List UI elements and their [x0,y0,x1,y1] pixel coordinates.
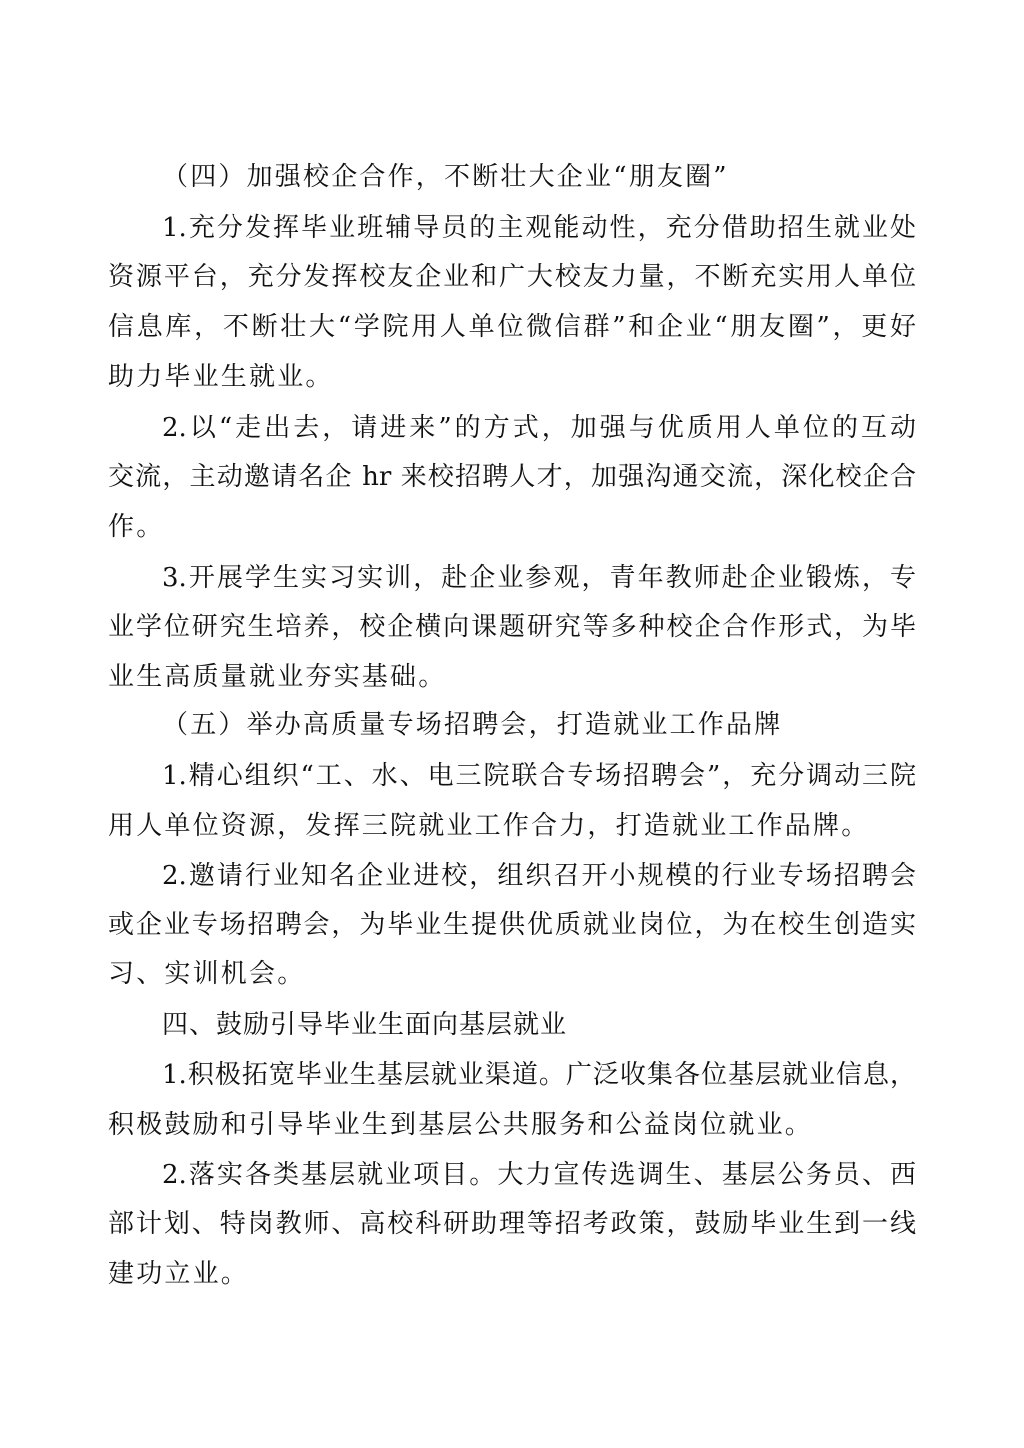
paragraph-line: 交流，主动邀请名企 hr 来校招聘人才，加强沟通交流，深化校企合 [108,461,916,493]
paragraph-line: 1.充分发挥毕业班辅导员的主观能动性，充分借助招生就业处 [162,212,916,244]
paragraph-line: 用人单位资源，发挥三院就业工作合力，打造就业工作品牌。 [108,810,916,842]
paragraph-line: 积极鼓励和引导毕业生到基层公共服务和公益岗位就业。 [108,1109,916,1141]
paragraph-line: 建功立业。 [108,1258,916,1290]
subheading-school-enterprise-cooperation: （四）加强校企合作，不断壮大企业“朋友圈” [162,161,916,193]
paragraph-line: 习、实训机会。 [108,958,916,990]
paragraph-line: 或企业专场招聘会，为毕业生提供优质就业岗位，为在校生创造实 [108,909,916,941]
paragraph-line: 资源平台，充分发挥校友企业和广大校友力量，不断充实用人单位 [108,261,916,293]
paragraph-line: 业学位研究生培养，校企横向课题研究等多种校企合作形式，为毕 [108,611,916,643]
paragraph-line: 助力毕业生就业。 [108,361,916,393]
paragraph-line: 信息库，不断壮大“学院用人单位微信群”和企业“朋友圈”，更好 [108,311,916,343]
heading-grassroots-employment: 四、鼓励引导毕业生面向基层就业 [162,1009,916,1041]
paragraph-line: 部计划、特岗教师、高校科研助理等招考政策，鼓励毕业生到一线 [108,1208,916,1240]
paragraph-line: 1.精心组织“工、水、电三院联合专场招聘会”，充分调动三院 [162,760,916,792]
paragraph-line: 1.积极拓宽毕业生基层就业渠道。广泛收集各位基层就业信息， [162,1059,916,1091]
paragraph-line: 2.落实各类基层就业项目。大力宣传选调生、基层公务员、西 [162,1159,916,1191]
paragraph-line: 业生高质量就业夯实基础。 [108,661,916,693]
paragraph-line: 作。 [108,511,916,543]
paragraph-line: 2.邀请行业知名企业进校，组织召开小规模的行业专场招聘会 [162,860,916,892]
subheading-job-fair-brand: （五）举办高质量专场招聘会，打造就业工作品牌 [162,709,916,741]
paragraph-line: 3.开展学生实习实训，赴企业参观，青年教师赴企业锻炼，专 [162,562,916,594]
document-page: （四）加强校企合作，不断壮大企业“朋友圈” 1.充分发挥毕业班辅导员的主观能动性… [0,0,1024,1448]
paragraph-line: 2.以“走出去，请进来”的方式，加强与优质用人单位的互动 [162,412,916,444]
